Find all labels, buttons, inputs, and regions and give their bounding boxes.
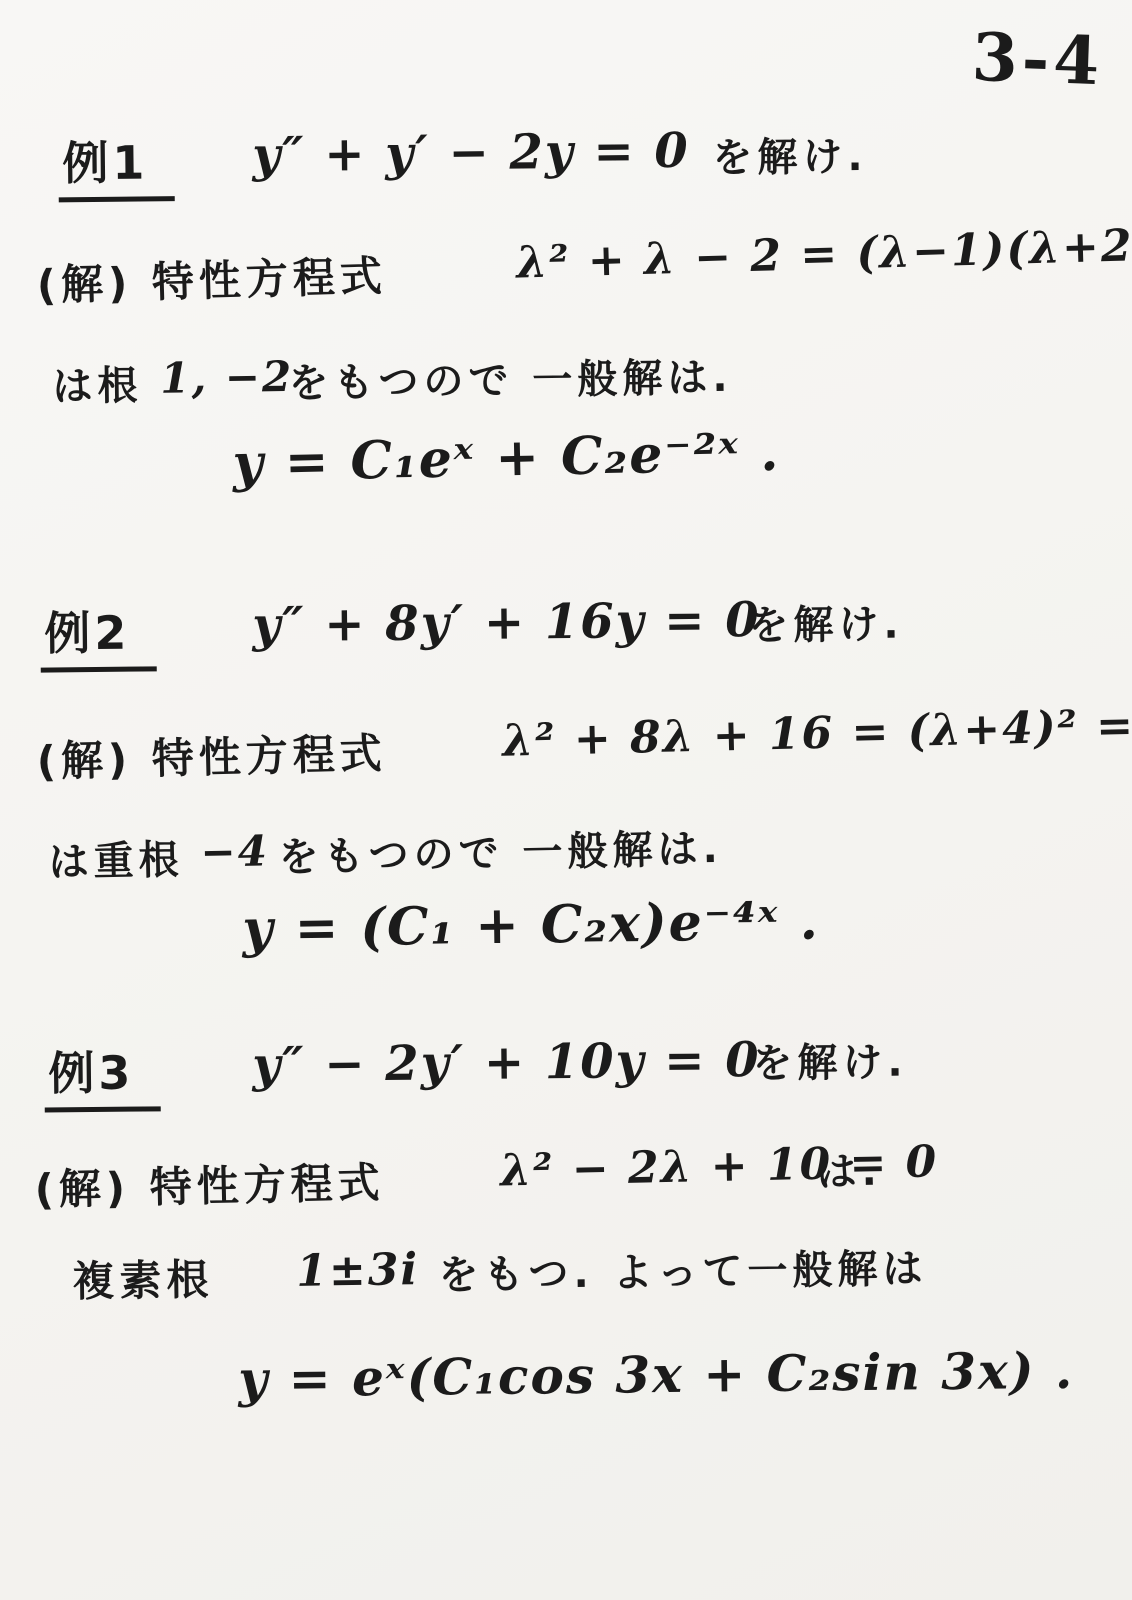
example-3-solution-label: (解) 特性方程式 — [34, 1150, 385, 1217]
example-3-roots-pre: 複素根 — [72, 1247, 214, 1309]
example-2-directive: を解け. — [748, 593, 904, 652]
example-1-characteristic-equation: λ² + λ − 2 = (λ−1)(λ+2) = 0 — [516, 217, 1132, 289]
example-2-characteristic-equation: λ² + 8λ + 16 = (λ+4)² = 0 — [502, 699, 1132, 767]
example-1-roots-post: をもつので 一般解は. — [288, 346, 733, 409]
example-1-directive: を解け. — [712, 125, 868, 184]
example-3-characteristic-suffix: は. — [816, 1140, 882, 1198]
example-3-label: 例3 — [44, 1036, 161, 1112]
example-3-directive: を解け. — [752, 1030, 908, 1089]
example-2-roots: −4 — [200, 826, 269, 876]
example-2-label: 例2 — [40, 596, 157, 672]
example-2-general-solution: y = (C₁ + C₂x)e⁻⁴ˣ . — [242, 891, 820, 960]
example-2-solution-label: (解) 特性方程式 — [36, 721, 387, 790]
example-1-equation: y″ + y′ − 2y = 0 — [252, 123, 690, 184]
notebook-page: 3-4 例1 y″ + y′ − 2y = 0 を解け. (解) 特性方程式 λ… — [0, 0, 1132, 1600]
page-number: 3-4 — [971, 18, 1105, 101]
example-2-roots-post: をもつので 一般解は. — [278, 817, 723, 883]
example-2-roots-pre: は重根 — [48, 828, 184, 888]
example-3-equation: y″ − 2y′ + 10y = 0 — [252, 1032, 761, 1093]
example-3-roots: 1±3i — [296, 1244, 420, 1297]
example-1-roots: 1, −2 — [160, 352, 294, 403]
example-2-equation: y″ + 8y′ + 16y = 0 — [252, 592, 761, 653]
example-1-label: 例1 — [58, 126, 175, 202]
example-1-general-solution: y = C₁eˣ + C₂e⁻²ˣ . — [232, 422, 781, 494]
example-3-roots-post: をもつ. よって一般解は — [438, 1237, 928, 1301]
example-1-solution-label: (解) 特性方程式 — [36, 243, 388, 313]
example-1-roots-pre: は根 — [52, 354, 143, 412]
example-3-general-solution: y = eˣ(C₁cos 3x + C₂sin 3x) . — [238, 1341, 1075, 1409]
